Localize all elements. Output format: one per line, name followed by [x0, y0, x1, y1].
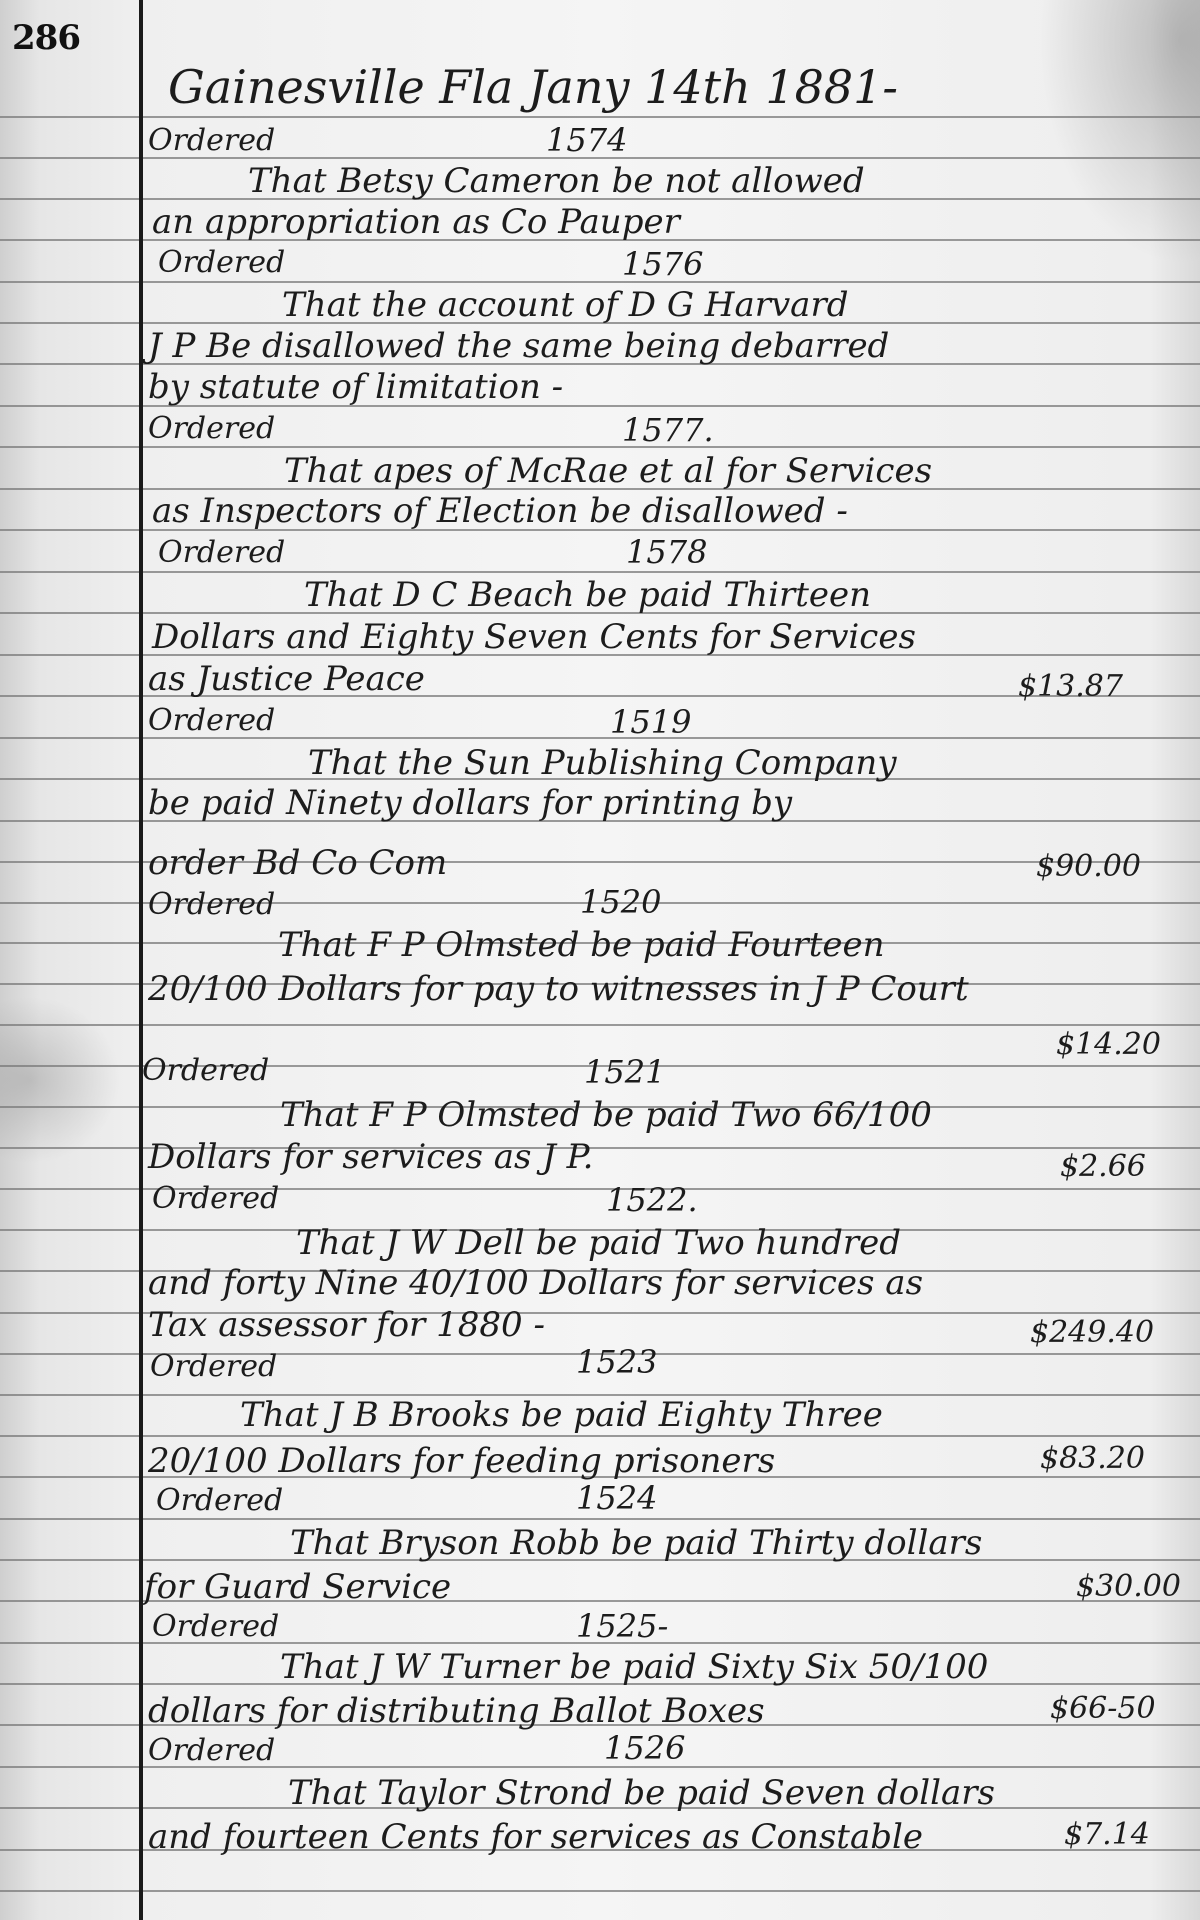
entry-line: That D C Beach be paid Thirteen [304, 578, 871, 612]
entry-amount: $90.00 [1036, 852, 1141, 882]
ruled-line [0, 116, 1200, 118]
entry-line: dollars for distributing Ballot Boxes [148, 1694, 765, 1728]
entry-label: Ordered [158, 538, 285, 568]
entry-amount: $2.66 [1060, 1152, 1146, 1182]
ledger-page: 286 Gainesville Fla Jany 14th 1881- Orde… [0, 0, 1200, 1920]
entry-line: for Guard Service [144, 1570, 451, 1604]
entry-number: 1521 [584, 1056, 665, 1088]
ruled-line [0, 281, 1200, 283]
entry-line: That the Sun Publishing Company [308, 746, 897, 780]
entry-number: 1574 [546, 124, 627, 156]
margin-rule [139, 0, 143, 1920]
entry-label: Ordered [148, 706, 275, 736]
entry-label: Ordered [158, 248, 285, 278]
entry-label: Ordered [152, 1184, 279, 1214]
entry-line: That the account of D G Harvard [282, 288, 848, 322]
entry-number: 1519 [610, 706, 691, 738]
entry-line: Dollars and Eighty Seven Cents for Servi… [152, 620, 916, 654]
entry-label: Ordered [148, 890, 275, 920]
entry-number: 1520 [580, 886, 661, 918]
page-number: 286 [12, 18, 80, 58]
entry-label: Ordered [142, 1056, 269, 1086]
ruled-line [0, 1890, 1200, 1892]
entry-line: as Justice Peace [148, 662, 425, 696]
entry-amount: $14.20 [1056, 1030, 1161, 1060]
entry-line: That F P Olmsted be paid Fourteen [278, 928, 885, 962]
ruled-line [0, 1024, 1200, 1026]
entry-number: 1524 [576, 1482, 657, 1514]
entry-line: as Inspectors of Election be disallowed … [152, 494, 848, 528]
entry-label: Ordered [148, 1736, 275, 1766]
entry-number: 1578 [626, 536, 707, 568]
entry-line: That F P Olmsted be paid Two 66/100 [280, 1098, 932, 1132]
entry-line: That J W Turner be paid Sixty Six 50/100 [280, 1650, 988, 1684]
ruled-line [0, 571, 1200, 573]
entry-number: 1577. [622, 414, 714, 446]
entry-line: That Taylor Strond be paid Seven dollars [288, 1776, 995, 1810]
entry-amount: $7.14 [1064, 1820, 1150, 1850]
entry-number: 1523 [576, 1346, 657, 1378]
entry-amount: $13.87 [1018, 672, 1123, 702]
entry-line: J P Be disallowed the same being debarre… [148, 329, 889, 363]
entry-line: Dollars for services as J P. [148, 1140, 593, 1174]
entry-number: 1525- [576, 1610, 668, 1642]
entry-line: by statute of limitation - [148, 370, 563, 404]
entry-amount: $30.00 [1076, 1572, 1181, 1602]
entry-label: Ordered [148, 126, 275, 156]
entry-line: That Bryson Robb be paid Thirty dollars [290, 1526, 982, 1560]
entry-number: 1576 [622, 248, 703, 280]
ruled-line [0, 446, 1200, 448]
entry-line: an appropriation as Co Pauper [152, 205, 680, 239]
ruled-line [0, 1518, 1200, 1520]
entry-label: Ordered [150, 1352, 277, 1382]
entry-label: Ordered [152, 1612, 279, 1642]
entry-label: Ordered [148, 414, 275, 444]
entry-line: That J W Dell be paid Two hundred [296, 1226, 901, 1260]
entry-line: Tax assessor for 1880 - [148, 1308, 545, 1342]
entry-line: That J B Brooks be paid Eighty Three [240, 1398, 883, 1432]
entry-amount: $66-50 [1050, 1694, 1156, 1724]
entry-line: 20/100 Dollars for pay to witnesses in J… [148, 972, 969, 1006]
entry-line: and forty Nine 40/100 Dollars for servic… [148, 1266, 923, 1300]
entry-number: 1526 [604, 1732, 685, 1764]
entry-number: 1522. [606, 1184, 698, 1216]
entry-line: That Betsy Cameron be not allowed [248, 164, 865, 198]
page-heading: Gainesville Fla Jany 14th 1881- [168, 64, 898, 110]
entry-label: Ordered [156, 1486, 283, 1516]
entry-line: order Bd Co Com [148, 846, 447, 880]
entry-line: 20/100 Dollars for feeding prisoners [148, 1444, 775, 1478]
ruled-line [0, 1435, 1200, 1437]
entry-amount: $83.20 [1040, 1444, 1145, 1474]
entry-line: be paid Ninety dollars for printing by [148, 786, 792, 820]
entry-amount: $249.40 [1030, 1318, 1154, 1348]
entry-line: and fourteen Cents for services as Const… [148, 1820, 923, 1854]
entry-line: That apes of McRae et al for Services [284, 454, 932, 488]
